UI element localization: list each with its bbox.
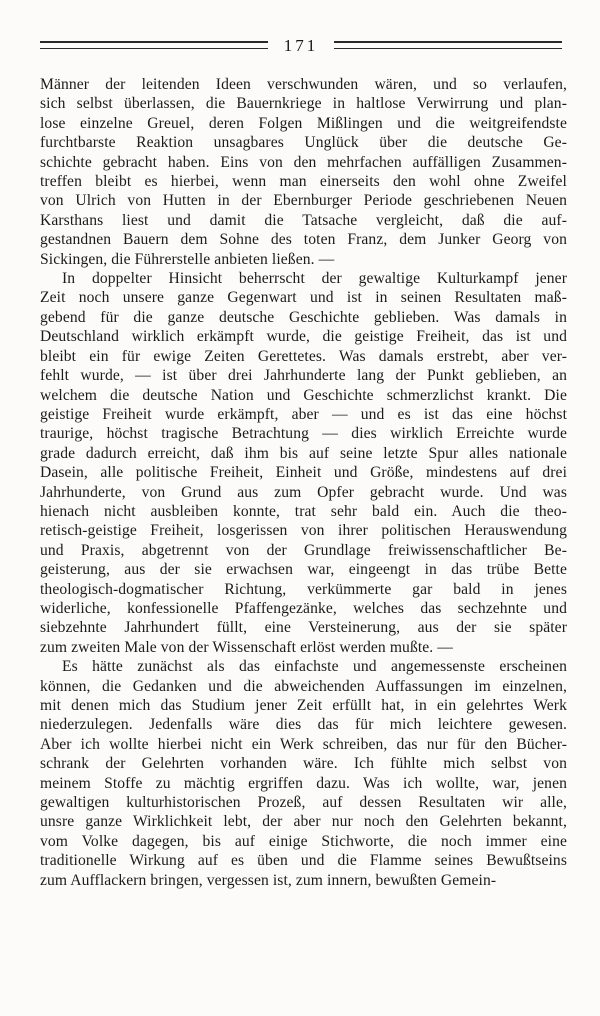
header-rule-right	[334, 41, 562, 49]
page-body: Männer der leitenden Ideen verschwunden …	[0, 54, 600, 890]
text-line: Karsthans liest und damit die Tatsache v…	[40, 211, 567, 230]
text-line: Männer der leitenden Ideen verschwunden …	[40, 75, 567, 94]
text-line: retisch-geistige Freiheit, losgerissen v…	[40, 521, 567, 540]
text-line: hienach nicht ausbleiben konnte, trat se…	[40, 502, 567, 521]
text-line: sich selbst überlassen, die Bauernkriege…	[40, 94, 567, 113]
paragraph: Männer der leitenden Ideen verschwunden …	[40, 75, 567, 269]
text-line: zum zweiten Male von der Wissenschaft er…	[40, 638, 567, 657]
text-line: vom Volke dagegen, bis auf einige Stichw…	[40, 832, 567, 851]
page-number: 171	[284, 37, 319, 54]
text-line: furchtbarste Reaktion unsagbares Unglück…	[40, 133, 567, 152]
text-line: Jahrhunderte, von Grund aus zum Opfer ge…	[40, 483, 567, 502]
book-page: 171 Männer der leitenden Ideen verschwun…	[0, 0, 600, 1016]
text-line: siebzehnte Jahrhundert füllt, eine Verst…	[40, 618, 567, 637]
text-line: gewaltigen kulturhistorischen Prozeß, au…	[40, 793, 567, 812]
text-line: widerliche, konfessionelle Pfaffengezänk…	[40, 599, 567, 618]
text-line: schichte gebracht haben. Eins von den me…	[40, 153, 567, 172]
text-line: gestandnen Bauern dem Sohne des toten Fr…	[40, 230, 567, 249]
text-line: treffen bleibt es hierbei, wenn man eine…	[40, 172, 567, 191]
text-line: fehlt wurde, — ist über drei Jahrhundert…	[40, 366, 567, 385]
text-line: meinem Stoffe zu mächtig ergriffen dazu.…	[40, 774, 567, 793]
text-line: Dasein, alle politische Freiheit, Einhei…	[40, 463, 567, 482]
text-line: Es hätte zunächst als das einfachste und…	[40, 657, 567, 676]
text-line: Aber ich wollte hierbei nicht ein Werk s…	[40, 735, 567, 754]
page-header: 171	[0, 36, 600, 54]
paragraph: Es hätte zunächst als das einfachste und…	[40, 657, 567, 890]
text-line: theologisch-dogmatischer Richtung, verkü…	[40, 580, 567, 599]
text-line: welchem die deutsche Nation und Geschich…	[40, 386, 567, 405]
text-line: traditionelle Wirkung auf es üben und di…	[40, 851, 567, 870]
text-line: gebend für die ganze deutsche Geschichte…	[40, 308, 567, 327]
text-line: bleibt ein für ewige Zeiten Gerettetes. …	[40, 347, 567, 366]
text-line: Deutschland wirklich erkämpft wurde, die…	[40, 327, 567, 346]
text-line: geistige Freiheit wurde erkämpft, aber —…	[40, 405, 567, 424]
text-line: schrank der Gelehrten vorhanden wäre. Ic…	[40, 754, 567, 773]
text-line: lose einzelne Greuel, deren Folgen Mißli…	[40, 114, 567, 133]
text-line: von Ulrich von Hutten in der Ebernburger…	[40, 191, 567, 210]
text-line: können, die Gedanken und die abweichende…	[40, 677, 567, 696]
text-line: niederzulegen. Jedenfalls wäre dies das …	[40, 715, 567, 734]
text-line: Sickingen, die Führerstelle anbieten lie…	[40, 250, 567, 269]
text-line: grade dadurch erreicht, daß ihm bis auf …	[40, 444, 567, 463]
text-line: und Praxis, abgetrennt von der Grundlage…	[40, 541, 567, 560]
text-line: traurige, höchst tragische Betrachtung —…	[40, 424, 567, 443]
text-line: unsre ganze Wirklichkeit lebt, der aber …	[40, 812, 567, 831]
text-line: zum Aufflackern bringen, vergessen ist, …	[40, 871, 567, 890]
header-rule-left	[40, 41, 268, 49]
text-line: In doppelter Hinsicht beherrscht der gew…	[40, 269, 567, 288]
text-line: mit denen mich das Studium jener Zeit er…	[40, 696, 567, 715]
text-line: geisterung, aus der sie erwachsen war, e…	[40, 560, 567, 579]
paragraph: In doppelter Hinsicht beherrscht der gew…	[40, 269, 567, 657]
text-line: Zeit noch unsere ganze Gegenwart und ist…	[40, 288, 567, 307]
